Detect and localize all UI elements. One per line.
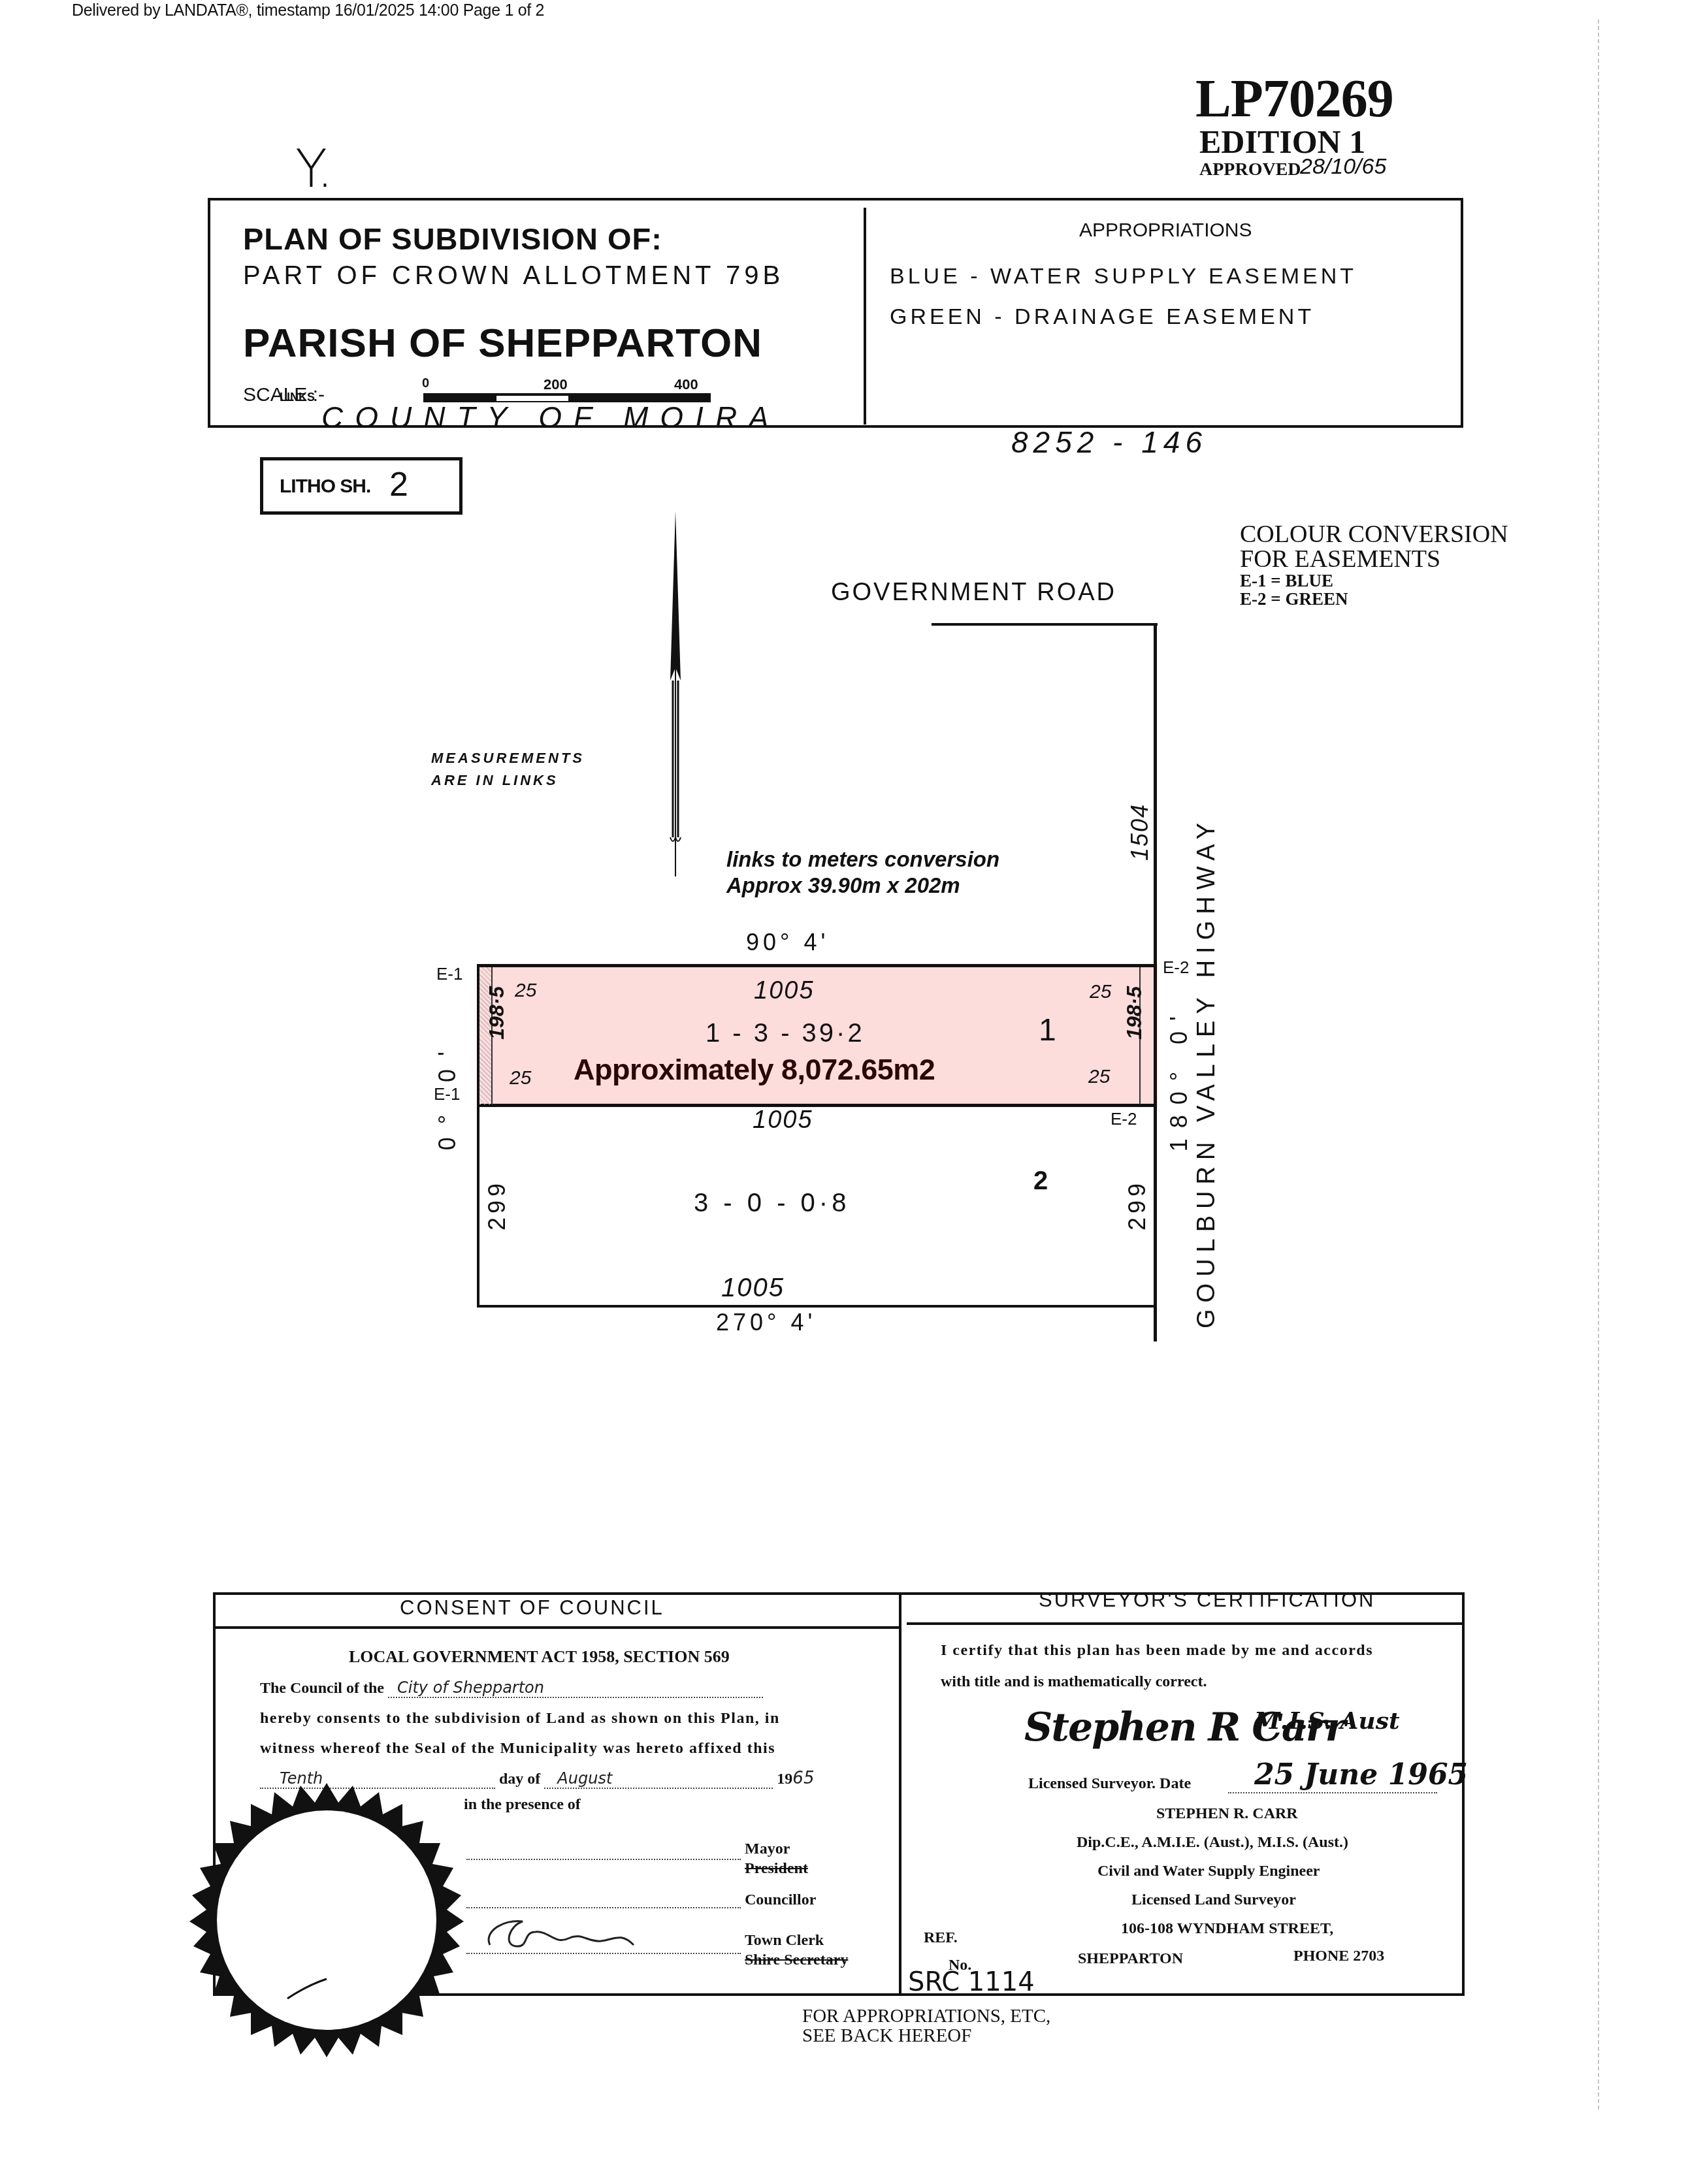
measurement-note-line: MEASUREMENTS xyxy=(431,747,585,769)
surveyor-heading: SURVEYOR'S CERTIFICATION xyxy=(1039,1588,1375,1612)
approved-date: 28/10/65 xyxy=(1300,154,1386,180)
role-councillor: Councillor xyxy=(745,1891,816,1909)
plan-title: PLAN OF SUBDIVISION OF: xyxy=(243,221,662,257)
lot-1-east-length: 198·5 xyxy=(1122,986,1146,1040)
appropriation-green: GREEN - DRAINAGE EASEMENT xyxy=(890,304,1314,330)
lot-1-approx-area: Approximately 8,072.65m2 xyxy=(574,1053,935,1087)
colour-conversion-subtitle: FOR EASEMENTS xyxy=(1240,545,1440,573)
seal-month: August xyxy=(544,1769,773,1789)
surveyor-address: 106-108 WYNDHAM STREET, xyxy=(1121,1920,1333,1938)
easement-width: 25 xyxy=(510,1067,531,1089)
reference-code: SRC 1114 xyxy=(908,1967,1035,1997)
council-seal-icon xyxy=(189,1783,464,2057)
consent-text: witness whereof the Seal of the Municipa… xyxy=(260,1740,775,1758)
lot-2-west-length: 299 xyxy=(483,1180,511,1230)
mayor-signature-line xyxy=(466,1859,741,1860)
consent-heading: CONSENT OF COUNCIL xyxy=(400,1596,664,1620)
appropriations-heading: APPROPRIATIONS xyxy=(1079,219,1252,242)
lot-2-bottom-length: 1005 xyxy=(721,1274,785,1303)
date-line xyxy=(1228,1792,1437,1793)
presence-label: in the presence of xyxy=(464,1796,581,1814)
approved-label: APPROVED xyxy=(1199,159,1301,180)
delivery-stamp: Delivered by LANDATA®, timestamp 16/01/2… xyxy=(72,1,544,20)
easement-label: E-2 xyxy=(1163,957,1189,978)
council-name: City of Shepparton xyxy=(388,1678,763,1698)
lot-2-bottom-boundary xyxy=(477,1305,1156,1308)
town-clerk-signature-icon xyxy=(477,1912,686,1958)
road-label-north: GOVERNMENT ROAD xyxy=(831,579,1116,607)
scale-tick: 0 xyxy=(422,376,429,391)
role-shire-secretary: Shire Secretary xyxy=(745,1951,848,1969)
parish-label: PARISH OF SHEPPARTON xyxy=(243,320,762,366)
lot-1-west-length: 198·5 xyxy=(485,986,509,1040)
bearing-west: 0° 0' xyxy=(434,1038,461,1150)
certify-text: I certify that this plan has been made b… xyxy=(941,1642,1373,1660)
act-title: LOCAL GOVERNMENT ACT 1958, SECTION 569 xyxy=(349,1647,730,1667)
role-town-clerk: Town Clerk xyxy=(745,1932,824,1950)
certification-divider xyxy=(899,1594,901,1995)
role-president: President xyxy=(745,1860,808,1878)
conversion-note: links to meters conversion Approx 39.90m… xyxy=(726,846,999,899)
litho-label: LITHO SH. xyxy=(280,475,370,498)
reference-number: 8252 - 146 xyxy=(1011,425,1207,460)
lot-1-top-length: 1005 xyxy=(754,977,815,1005)
year-prefix: 19 xyxy=(777,1771,792,1788)
scale-tick: 200 xyxy=(544,376,568,393)
surveyor-name: STEPHEN R. CARR xyxy=(1156,1805,1298,1823)
certify-text: with title and is mathematically correct… xyxy=(941,1673,1207,1691)
scan-edge xyxy=(1598,20,1600,2110)
road-label-east: GOULBURN VALLEY HIGHWAY xyxy=(1193,816,1221,1328)
scale-units: LINKS xyxy=(280,391,315,404)
licensed-surveyor-date-label: Licensed Surveyor. Date xyxy=(1028,1775,1191,1793)
surveyor-title: Licensed Land Surveyor xyxy=(1131,1891,1296,1909)
bearing-top: 90° 4' xyxy=(746,929,829,956)
measurement-note-line: ARE IN LINKS xyxy=(431,769,585,792)
bearing-bottom: 270° 4' xyxy=(716,1309,816,1336)
surveyor-heading-rule xyxy=(907,1622,1463,1625)
council-line: The Council of the City of Shepparton xyxy=(260,1678,763,1698)
role-mayor: Mayor xyxy=(745,1840,790,1858)
litho-sheet-number: 2 xyxy=(389,465,408,504)
surveyor-city: SHEPPARTON xyxy=(1078,1950,1183,1968)
easement-width: 25 xyxy=(1088,1066,1110,1088)
lot-1-number: 1 xyxy=(1039,1012,1056,1048)
scale-tick: 400 xyxy=(674,376,698,393)
lot-2-number: 2 xyxy=(1033,1166,1048,1196)
plan-number: LP70269 xyxy=(1195,68,1393,129)
ref-label: REF. xyxy=(924,1929,958,1947)
colour-conversion-e1: E-1 = BLUE xyxy=(1240,571,1333,591)
corner-mark: Y. xyxy=(295,138,333,199)
lot-1-bottom-length: 1005 xyxy=(753,1106,813,1134)
surveyor-date: 25 June 1965 xyxy=(1254,1758,1468,1791)
lot-divider xyxy=(477,1104,1156,1107)
surveyor-phone: PHONE 2703 xyxy=(1293,1948,1384,1965)
lot-2-east-length: 299 xyxy=(1124,1180,1151,1230)
consent-heading-rule xyxy=(213,1626,900,1629)
councillor-signature-line xyxy=(466,1907,741,1908)
day-of-label: day of xyxy=(499,1771,540,1788)
consent-text: hereby consents to the subdivision of La… xyxy=(260,1710,780,1727)
council-prefix: The Council of the xyxy=(260,1680,384,1697)
lot-1-area: 1 - 3 - 39·2 xyxy=(706,1019,865,1048)
road-boundary xyxy=(932,623,1158,626)
year-suffix: 65 xyxy=(792,1769,814,1788)
county-label: COUNTY OF MOIRA xyxy=(321,400,781,435)
footer-note: FOR APPROPRIATIONS, ETC, SEE BACK HEREOF xyxy=(802,2006,1050,2046)
lot-2-area: 3 - 0 - 0·8 xyxy=(694,1189,850,1218)
surveyor-qualifications: Dip.C.E., A.M.I.E. (Aust.), M.I.S. (Aust… xyxy=(1077,1834,1348,1852)
measurement-note: MEASUREMENTS ARE IN LINKS xyxy=(431,747,585,792)
easement-width: 25 xyxy=(1090,981,1111,1003)
surveyor-title: Civil and Water Supply Engineer xyxy=(1097,1863,1320,1880)
conversion-note-line: Approx 39.90m x 202m xyxy=(726,873,999,899)
lot-1-top-boundary xyxy=(477,964,1156,967)
allotment-label: PART OF CROWN ALLOTMENT 79B xyxy=(243,261,784,291)
conversion-note-line: links to meters conversion xyxy=(726,846,999,873)
surveyor-signature-suffix: M.I.S. Aust xyxy=(1254,1707,1400,1735)
easement-width: 25 xyxy=(515,980,536,1002)
title-divider xyxy=(864,208,866,425)
north-arrow-icon xyxy=(662,511,689,876)
colour-conversion-e2: E-2 = GREEN xyxy=(1240,589,1348,609)
easement-label: E-1 xyxy=(436,964,463,984)
appropriation-blue: BLUE - WATER SUPPLY EASEMENT xyxy=(890,264,1357,289)
east-road-length: 1504 xyxy=(1126,803,1154,861)
easement-label: E-2 xyxy=(1111,1109,1137,1129)
bearing-east: 180° 0' xyxy=(1165,1006,1193,1151)
footer-line: FOR APPROPRIATIONS, ETC, xyxy=(802,2006,1050,2026)
footer-line: SEE BACK HEREOF xyxy=(802,2026,1050,2046)
